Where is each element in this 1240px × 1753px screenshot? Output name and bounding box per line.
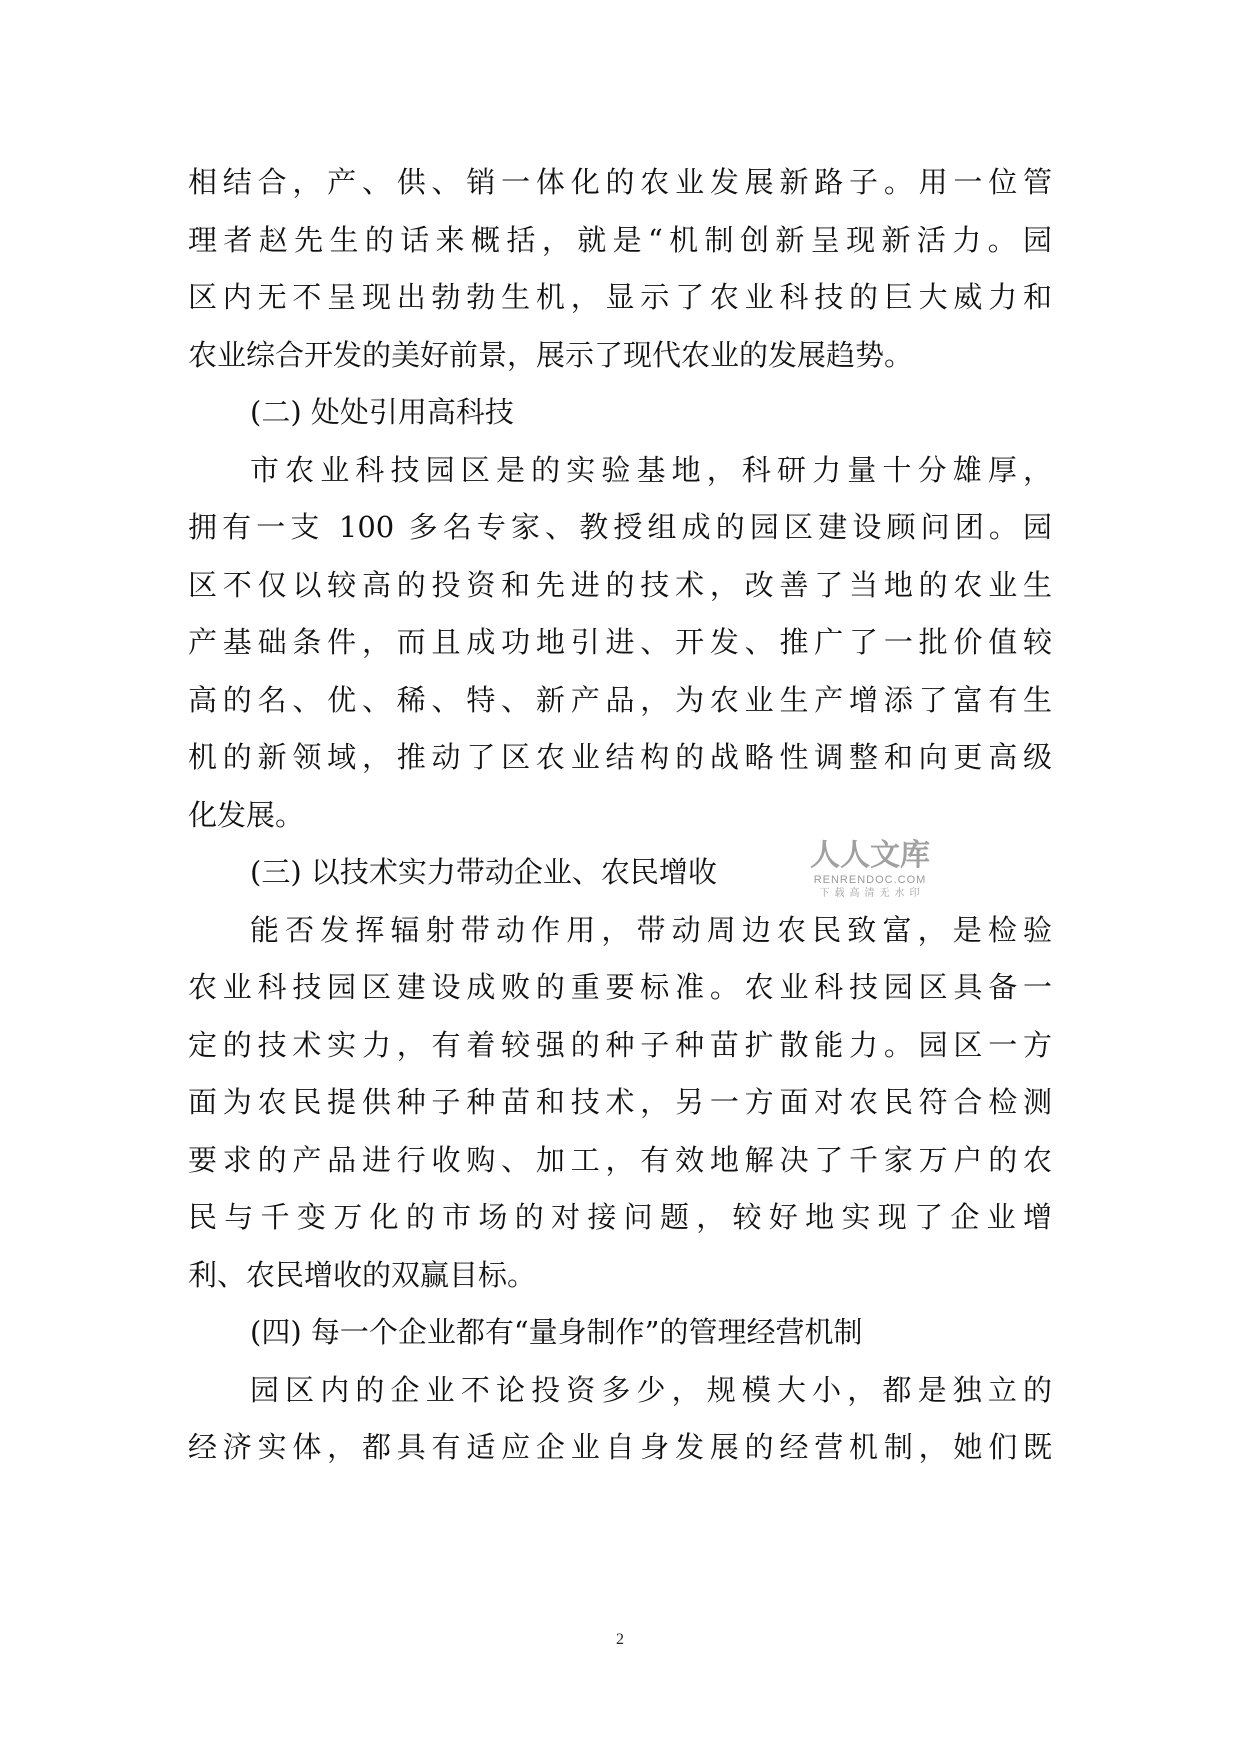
text-line: 民与千变万化的市场的对接问题，较好地实现了企业增 <box>188 1189 1052 1247</box>
text-line: 拥有一支 100 多名专家、教授组成的园区建设顾问团。园 <box>188 499 1052 557</box>
paragraph-first-line: 市农业科技园区是的实验基地，科研力量十分雄厚， <box>188 442 1052 500</box>
page-number: 2 <box>600 1628 640 1652</box>
text-line: 化发展。 <box>188 787 1052 845</box>
text-line: 理者赵先生的话来概括，就是“机制创新呈现新活力。园 <box>188 212 1052 270</box>
text-line: 定的技术实力，有着较强的种子种苗扩散能力。园区一方 <box>188 1017 1052 1075</box>
text-line: 相结合，产、供、销一体化的农业发展新路子。用一位管 <box>188 154 1052 212</box>
text-line: 区内无不呈现出勃勃生机，显示了农业科技的巨大威力和 <box>188 269 1052 327</box>
watermark-logo: 人人文库 RENRENDOC.COM 下载高清无水印 <box>806 838 934 901</box>
paragraph-first-line: 能否发挥辐射带动作用，带动周边农民致富，是检验 <box>188 902 1052 960</box>
text-line: 面为农民提供种子种苗和技术，另一方面对农民符合检测 <box>188 1074 1052 1132</box>
text-line: 要求的产品进行收购、加工，有效地解决了千家万户的农 <box>188 1132 1052 1190</box>
paragraph-first-line: 园区内的企业不论投资多少，规模大小，都是独立的 <box>188 1362 1052 1420</box>
document-page: 相结合，产、供、销一体化的农业发展新路子。用一位管 理者赵先生的话来概括，就是“… <box>0 0 1240 1753</box>
text-line: 农业科技园区建设成败的重要标准。农业科技园区具备一 <box>188 959 1052 1017</box>
section-heading-4: (四) 每一个企业都有“量身制作”的管理经营机制 <box>188 1304 1052 1362</box>
text-line: 农业综合开发的美好前景，展示了现代农业的发展趋势。 <box>188 327 1052 385</box>
text-line: 经济实体，都具有适应企业自身发展的经营机制，她们既 <box>188 1419 1052 1477</box>
body-text: 相结合，产、供、销一体化的农业发展新路子。用一位管 理者赵先生的话来概括，就是“… <box>188 154 1052 1477</box>
text-line: 高的名、优、稀、特、新产品，为农业生产增添了富有生 <box>188 672 1052 730</box>
watermark-subtitle: 下载高清无水印 <box>806 887 934 901</box>
text-line: 机的新领域，推动了区农业结构的战略性调整和向更高级 <box>188 729 1052 787</box>
text-line: 利、农民增收的双赢目标。 <box>188 1247 1052 1305</box>
text-line: 产基础条件，而且成功地引进、开发、推广了一批价值较 <box>188 614 1052 672</box>
watermark-domain: RENRENDOC.COM <box>806 874 934 887</box>
watermark-title: 人人文库 <box>806 838 934 874</box>
section-heading-2: (二) 处处引用高科技 <box>188 384 1052 442</box>
text-line: 区不仅以较高的投资和先进的技术，改善了当地的农业生 <box>188 557 1052 615</box>
